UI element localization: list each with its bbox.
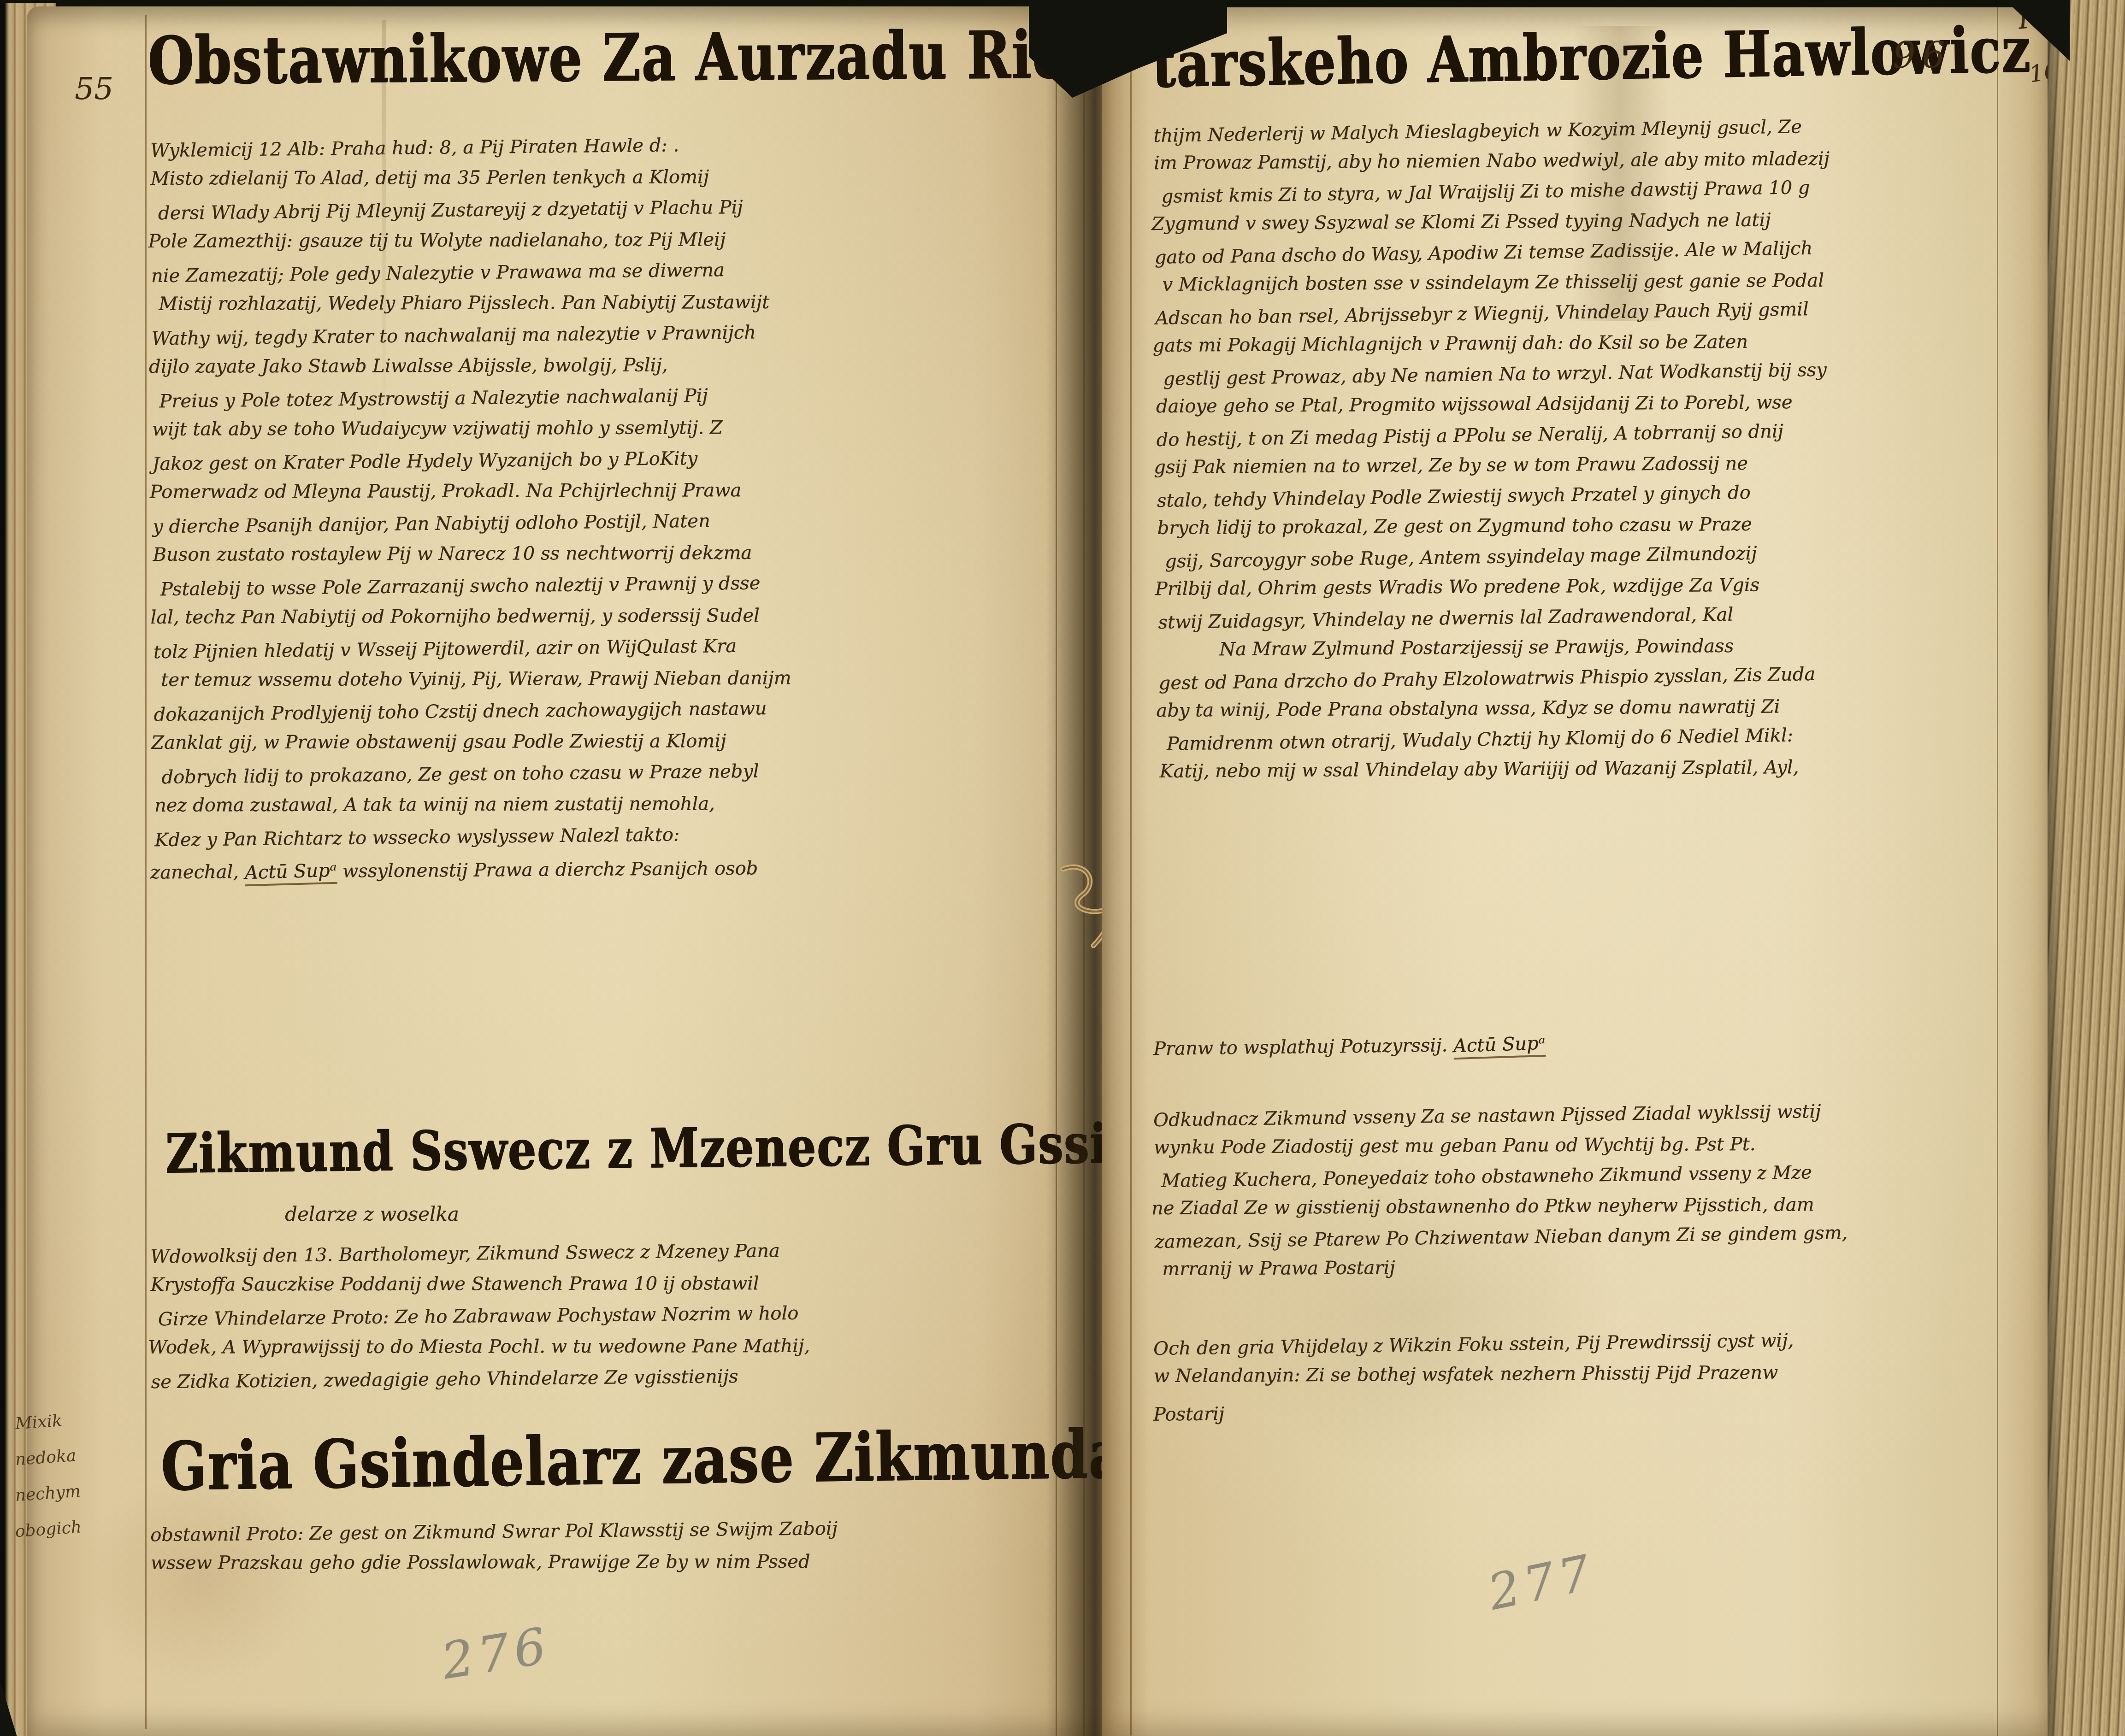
manuscript-book-scan: 55 Obstawnikowe Za Aurzadu Rich Wyklemic… <box>0 0 2125 1736</box>
text-line: w Nelandanyin: Zi se bothej wsfatek nezh… <box>1154 1361 1988 1396</box>
right-body-closing-line: Pranw to wsplathuj Potuzyrssij. Actū Sup… <box>1153 1034 1546 1062</box>
text-line: dobrych lidij to prokazano, Ze gest on t… <box>161 758 1062 798</box>
closing-text-pre: zanechal, <box>150 861 245 883</box>
right-body-block-3: Och den gria Vhijdelay z Wikzin Foku sst… <box>1153 1329 1988 1397</box>
right-page-right-rule <box>1997 7 1998 1736</box>
text-line: wssew Prazskau geho gdie Posslawlowak, P… <box>150 1551 1068 1584</box>
left-page: 55 Obstawnikowe Za Aurzadu Rich Wyklemic… <box>27 6 1105 1736</box>
left-body-block-2: Wdowolksij den 13. Bartholomeyr, Zikmund… <box>150 1240 1059 1401</box>
right-body-block-2: Odkudnacz Zikmund vsseny Za se nastawn P… <box>1153 1100 1989 1290</box>
text-line: obstawnil Proto: Ze gest on Zikmund Swra… <box>150 1516 1068 1556</box>
left-body-block-3: obstawnil Proto: Ze gest on Zikmund Swra… <box>150 1518 1068 1585</box>
right-heading-number: 96 <box>1893 35 1951 77</box>
left-body-block-1: Wyklemicij 12 Alb: Praha hud: 8, a Pij P… <box>150 133 1063 859</box>
margin-note-line: nechym <box>14 1482 86 1522</box>
left-pencil-foliation: 276 <box>438 1617 555 1690</box>
left-page-heading-2: Zikmund Sswecz z Mzenecz Gru Gssin <box>165 1111 1140 1185</box>
text-line: Wdowolksij den 13. Bartholomeyr, Zikmund… <box>150 1237 1059 1277</box>
closing-text-post: wssylonenstij Prawa a dierchz Psanijch o… <box>336 858 758 882</box>
text-line: se Zidka Kotizien, zwedagigie geho Vhind… <box>151 1363 1059 1403</box>
text-line: Pstalebij to wsse Pole Zarrazanij swcho … <box>160 570 1062 610</box>
text-line: Preius y Pole totez Mystrowstij a Nalezy… <box>159 382 1060 422</box>
left-page-heading: Obstawnikowe Za Aurzadu Rich <box>148 16 1104 99</box>
text-line: Kdez y Pan Richtarz to wssecko wyslyssew… <box>154 820 1063 861</box>
closing-text-pre: Pranw to wsplathuj Potuzyrssij. <box>1153 1035 1453 1059</box>
text-line: mrranij w Prawa Postarij <box>1162 1254 1989 1289</box>
right-body-block-1: thijm Nederlerij w Malych Mieslagbeyich … <box>1153 116 1994 793</box>
margin-note-line: nedoka <box>14 1446 86 1486</box>
left-body-closing-line: zanechal, Actū Supᵃ wssylonenstij Prawa … <box>150 858 758 886</box>
left-page-margin-rule <box>145 15 147 1729</box>
text-line: Wodek, A Wyprawijssij to do Miesta Pochl… <box>148 1335 1059 1368</box>
actum-supra-note: Actū Supᵃ <box>244 860 337 887</box>
right-body-final-word: Postarij <box>1153 1403 1225 1425</box>
left-margin-note: Mixik nedoka nechym obogich <box>16 1412 85 1556</box>
text-line: Katij, nebo mij w ssal Vhindelay aby War… <box>1159 755 1994 791</box>
right-pencil-foliation: 277 <box>1483 1543 1600 1621</box>
right-page-edge-stack <box>2048 0 2125 1736</box>
text-line: dersi Wlady Abrij Pij Mleynij Zustareyij… <box>158 194 1059 234</box>
right-page-margin-rule <box>1130 63 1132 1736</box>
right-page: tarskeho Ambrozie Hawlowicz 96 thijm Ned… <box>1102 7 2052 1736</box>
left-page-heading-3: Gria Gsindelarz zase Zikmunda <box>160 1415 1124 1506</box>
margin-note-line: Mixik <box>14 1410 86 1450</box>
actum-supra-note: Actū Supᵃ <box>1453 1033 1546 1060</box>
text-line: Krystoffa Sauczkise Poddanij dwe Stawenc… <box>150 1272 1058 1306</box>
left-heading-2-subline: delarze z woselka <box>285 1203 459 1225</box>
margin-note-line: obogich <box>14 1518 86 1558</box>
left-margin-number: 55 <box>75 71 113 106</box>
text-line: Girze Vhindelarze Proto: Ze ho Zabrawaw … <box>158 1300 1059 1340</box>
